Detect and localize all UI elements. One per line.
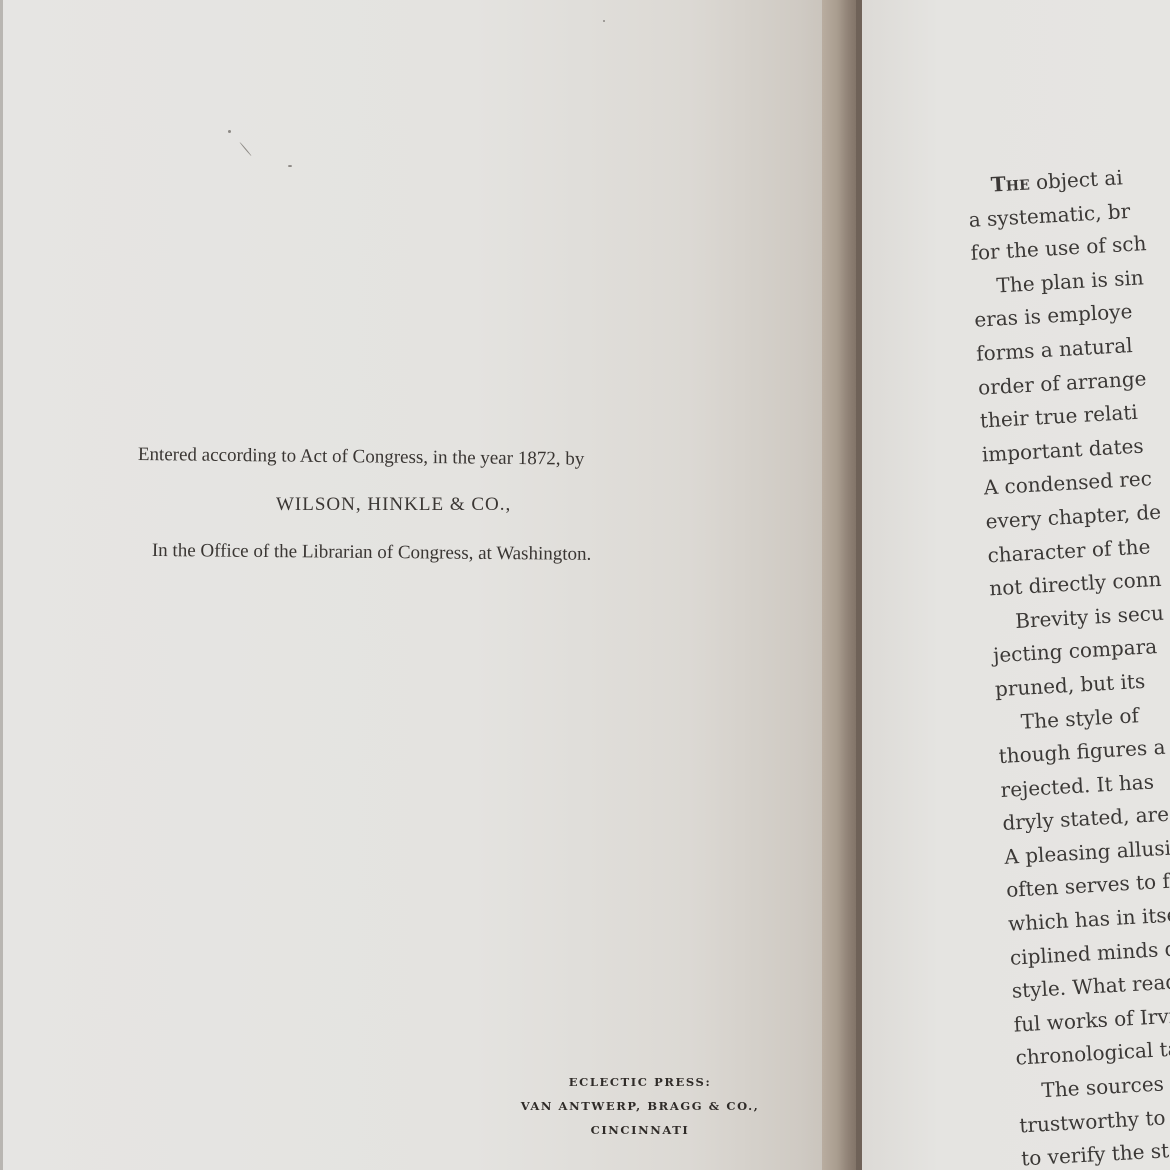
preface-line-text: chronological tabl (1015, 1036, 1170, 1070)
preface-line-text: every chapter, de (985, 500, 1162, 534)
book-gutter-shadow (822, 0, 860, 1170)
preface-line-text: The plan is sin (996, 265, 1144, 297)
preface-lead-word: The (990, 170, 1030, 196)
preface-line-text: dryly stated, are (1002, 802, 1170, 835)
preface-text: The object aia systematic, brfor the use… (966, 155, 1170, 1170)
printer-imprint: ECLECTIC PRESS: VAN ANTWERP, BRAGG & CO.… (490, 1070, 790, 1142)
preface-line-text: A condensed rec (983, 466, 1152, 499)
preface-line-text: A pleasing allusi (1004, 836, 1170, 869)
preface-line-text: The style of (1020, 703, 1139, 734)
paper-speck (228, 130, 231, 133)
preface-line-text: rejected. It has (1000, 769, 1154, 802)
preface-line-text: their true relati (979, 400, 1138, 433)
preface-line-text: important dates (981, 433, 1144, 466)
paper-speck (288, 165, 292, 167)
imprint-city: CINCINNATI (490, 1118, 790, 1142)
preface-line-text: style. What read (1011, 970, 1170, 1003)
preface-line-text: character of the (987, 534, 1151, 567)
preface-line-text: object ai (1029, 165, 1123, 194)
imprint-press: ECLECTIC PRESS: (490, 1070, 790, 1094)
preface-line-text: ful works of Irvi (1013, 1004, 1170, 1037)
preface-line-text: pruned, but its (994, 669, 1145, 701)
preface-line-text: a systematic, br (968, 199, 1131, 232)
preface-line-text: jecting compara (992, 634, 1157, 667)
preface-line-text: not directly conn (989, 567, 1162, 601)
imprint-publisher: VAN ANTWERP, BRAGG & CO., (490, 1094, 790, 1118)
copyright-office-line: In the Office of the Librarian of Congre… (152, 540, 592, 566)
preface-line-text: eras is employe (974, 299, 1133, 332)
preface-line-text: order of arrange (977, 366, 1147, 399)
preface-line-text: though figures a (998, 735, 1166, 768)
preface-line-text: The sources fro (1041, 1069, 1170, 1102)
copyright-holder: WILSON, HINKLE & CO., (276, 494, 511, 516)
preface-line-text: forms a natural (976, 333, 1134, 366)
left-page: Entered according to Act of Congress, in… (0, 0, 860, 1170)
preface-line-text: trustworthy to be (1019, 1103, 1170, 1137)
preface-line-text: to verify the state (1021, 1137, 1170, 1170)
copyright-entry-line: Entered according to Act of Congress, in… (138, 444, 585, 471)
preface-line-text: ciplined minds d (1009, 936, 1170, 969)
preface-line-text: for the use of sch (970, 231, 1147, 265)
preface-line-text: often serves to fa (1006, 869, 1170, 903)
paper-speck (239, 142, 251, 156)
preface-line-text: which has in itse (1007, 902, 1170, 935)
preface-line-text: Brevity is secu (1015, 600, 1165, 632)
page-edge (0, 0, 3, 1170)
right-page: The object aia systematic, brfor the use… (862, 0, 1170, 1170)
paper-speck (603, 20, 605, 22)
